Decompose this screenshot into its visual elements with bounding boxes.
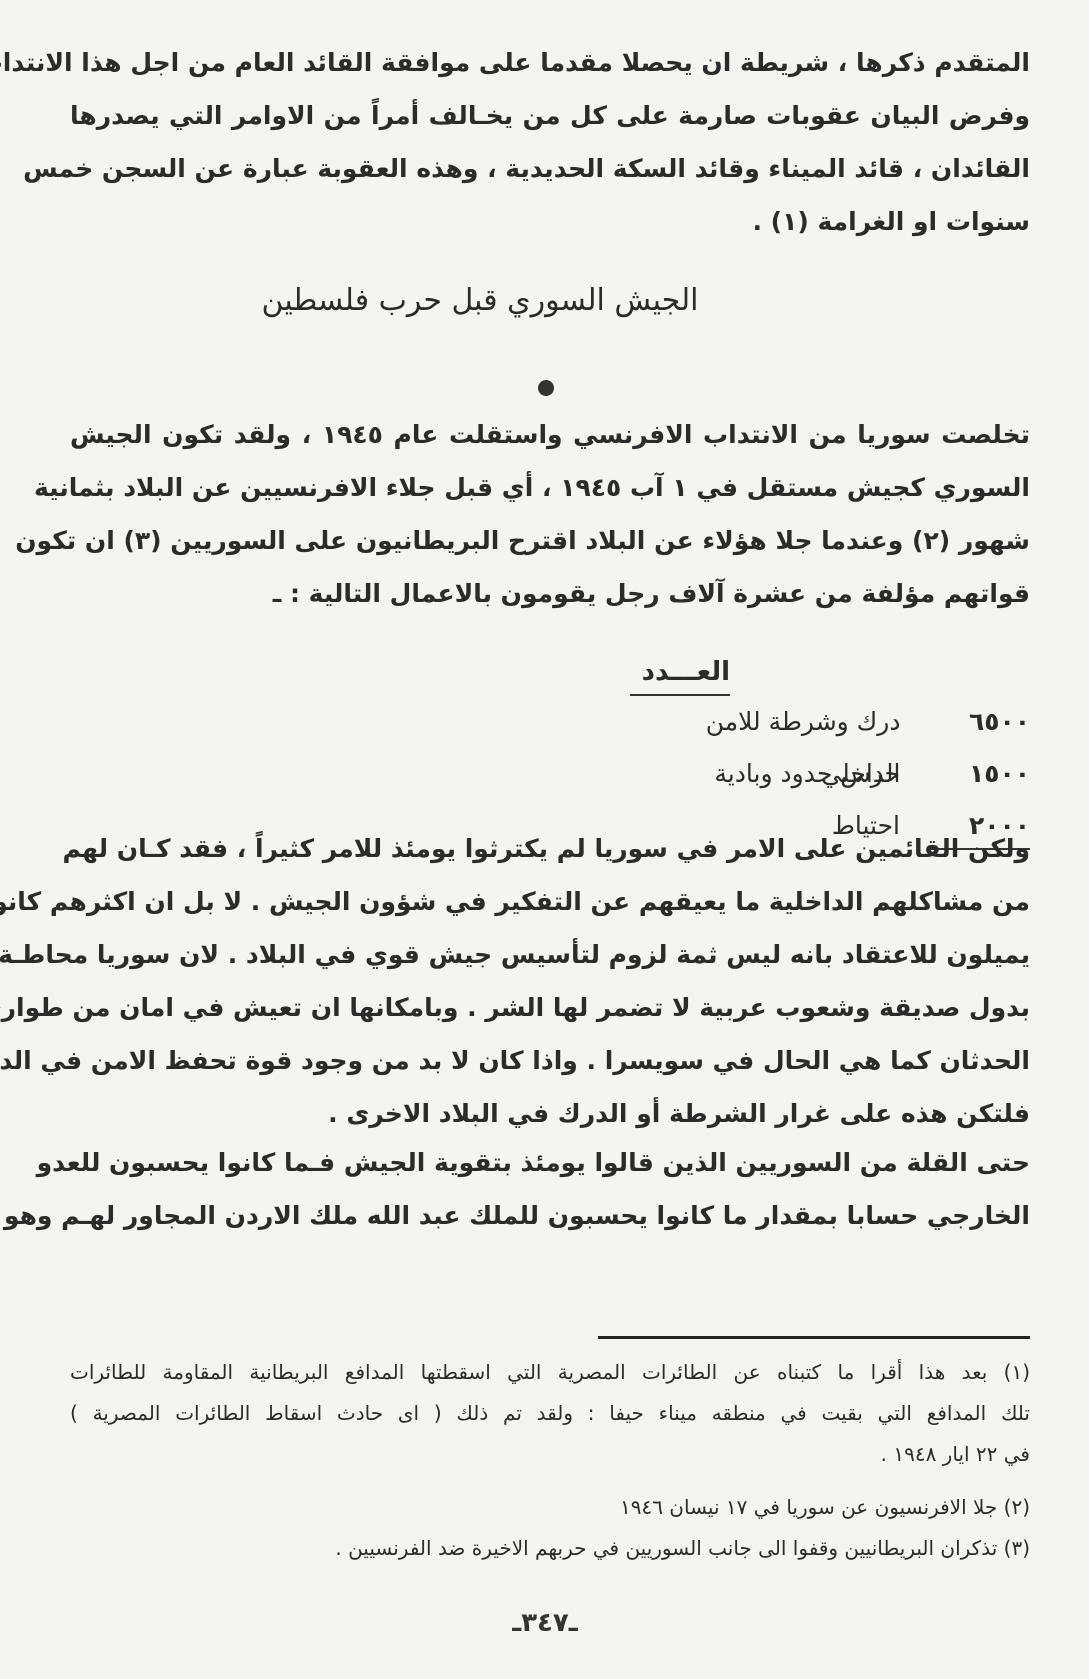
text-line: السوري كجيش مستقل في ١ آب ١٩٤٥ ، أي قبل … xyxy=(70,461,1030,514)
footnote-2: (٢) جلا الافرنسيون عن سوريا في ١٧ نيسان … xyxy=(70,1487,1030,1528)
text-line: بدول صديقة وشعوب عربية لا تضمر لها الشر … xyxy=(70,981,1030,1034)
text-line: حتى القلة من السوريين الذين قالوا يومئذ … xyxy=(70,1136,1030,1189)
table-header-rule xyxy=(630,694,730,696)
paragraph-indifference: ولكن القائمين على الامر في سوريا لم يكتر… xyxy=(70,822,1030,1140)
table-cell-count: ٦٥٠٠ xyxy=(931,696,1031,748)
section-title: الجيش السوري قبل حرب فلسطين xyxy=(0,283,960,318)
text-line: القائدان ، قائد الميناء وقائد السكة الحد… xyxy=(70,142,1030,195)
text-line: قواتهم مؤلفة من عشرة آلاف رجل يقومون بال… xyxy=(70,567,1030,620)
table-header-count: العـــدد xyxy=(620,650,730,694)
text-line: الخارجي حسابا بمقدار ما كانوا يحسبون للم… xyxy=(70,1189,1030,1242)
table-cell-count: ١٥٠٠ xyxy=(930,748,1030,800)
table-row: ٦٥٠٠ درك وشرطة للامن الداخلي xyxy=(620,696,1030,748)
table-row: ١٥٠٠ حرس حدود وبادية xyxy=(620,748,1030,800)
section-separator-dot-icon xyxy=(538,380,554,396)
intro-paragraph: المتقدم ذكرها ، شريطة ان يحصلا مقدما على… xyxy=(70,36,1030,248)
text-line: يميلون للاعتقاد بانه ليس ثمة لزوم لتأسيس… xyxy=(70,928,1030,981)
footnote-1: (١) بعد هذا أقرا ما كتبناه عن الطائرات ا… xyxy=(70,1352,1030,1475)
footnote-line: (١) بعد هذا أقرا ما كتبناه عن الطائرات ا… xyxy=(70,1352,1030,1393)
text-line: سنوات او الغرامة (١) . xyxy=(70,195,1030,248)
footnote-line: (٢) جلا الافرنسيون عن سوريا في ١٧ نيسان … xyxy=(70,1487,1030,1528)
table-cell-label: درك وشرطة للامن الداخلي xyxy=(620,696,931,748)
text-line: وفرض البيان عقوبات صارمة على كل من يخـال… xyxy=(70,89,1030,142)
text-line: المتقدم ذكرها ، شريطة ان يحصلا مقدما على… xyxy=(70,36,1030,89)
footnotes: (١) بعد هذا أقرا ما كتبناه عن الطائرات ا… xyxy=(70,1352,1030,1569)
text-line: فلتكن هذه على غرار الشرطة أو الدرك في ال… xyxy=(70,1087,1030,1140)
footnote-line: في ٢٢ ايار ١٩٤٨ . xyxy=(70,1434,1030,1475)
paragraph-army-formation: تخلصت سوريا من الانتداب الافرنسي واستقلت… xyxy=(70,408,1030,620)
text-line: شهور (٢) وعندما جلا هؤلاء عن البلاد اقتر… xyxy=(70,514,1030,567)
text-line: ولكن القائمين على الامر في سوريا لم يكتر… xyxy=(70,822,1030,875)
text-line: الحدثان كما هي الحال في سويسرا . واذا كا… xyxy=(70,1034,1030,1087)
text-line: من مشاكلهم الداخلية ما يعيقهم عن التفكير… xyxy=(70,875,1030,928)
footnote-3: (٣) تذكران البريطانيين وقفوا الى جانب ال… xyxy=(70,1528,1030,1569)
text-line: تخلصت سوريا من الانتداب الافرنسي واستقلت… xyxy=(70,408,1030,461)
table-cell-label: حرس حدود وبادية xyxy=(714,748,930,800)
page-number: ـ٣٤٧ـ xyxy=(490,1608,600,1638)
footnote-separator xyxy=(598,1336,1030,1339)
paragraph-minority-view: حتى القلة من السوريين الذين قالوا يومئذ … xyxy=(70,1136,1030,1242)
force-composition-table: العـــدد ٦٥٠٠ درك وشرطة للامن الداخلي ١٥… xyxy=(620,650,1030,850)
footnote-line: تلك المدافع التي بقيت في منطقه ميناء حيف… xyxy=(70,1393,1030,1434)
footnote-line: (٣) تذكران البريطانيين وقفوا الى جانب ال… xyxy=(70,1528,1030,1569)
